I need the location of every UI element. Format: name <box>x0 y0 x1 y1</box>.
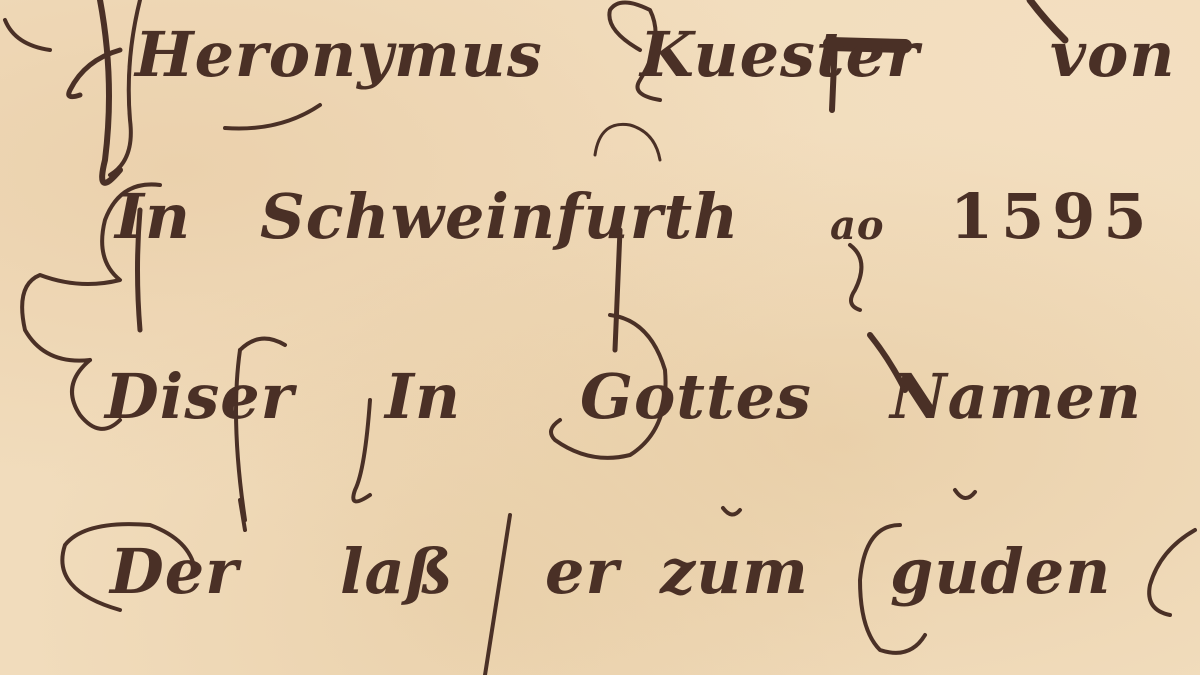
word-schweinfurth: Schweinfurth <box>260 180 739 253</box>
year-1595: 1595 <box>950 180 1155 253</box>
word-anno-abbrev: ao <box>830 202 885 249</box>
word-diser: Diser <box>105 360 294 433</box>
manuscript-page: Heronymus Kuester von In Schweinfurth ao… <box>0 0 1200 675</box>
word-in: In <box>115 180 191 253</box>
word-in: In <box>385 360 461 433</box>
word-er: er <box>545 535 619 608</box>
word-guden: guden <box>890 535 1111 608</box>
word-gottes: Gottes <box>580 360 812 433</box>
word-zum: zum <box>660 535 809 608</box>
word-namen: Namen <box>890 360 1142 433</box>
word-von: von <box>1050 18 1175 91</box>
word-lass: laß <box>340 535 454 608</box>
word-kuester: Kuester <box>640 18 920 91</box>
word-der: Der <box>110 535 239 608</box>
word-heronymus: Heronymus <box>135 18 543 91</box>
